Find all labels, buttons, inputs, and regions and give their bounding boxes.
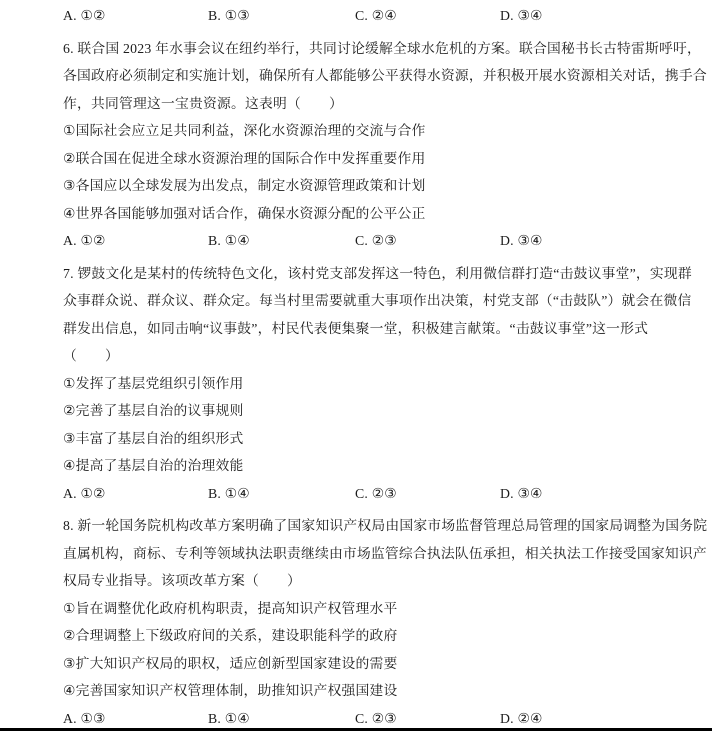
page-bottom-border-rule	[0, 728, 712, 731]
question-7-stem-line: 众事群众说、群众议、群众定。每当村里需要就重大事项作出决策，村党支部（“击鼓队”…	[63, 287, 712, 315]
question-7-stem-line: 7. 锣鼓文化是某村的传统特色文化，该村党支部发挥这一特色，利用微信群打造“击鼓…	[63, 260, 712, 288]
question-6-option-3: ③各国应以全球发展为出发点，制定水资源管理政策和计划	[63, 172, 712, 200]
answer-choice-c: C. ②③	[355, 480, 500, 508]
question-8-stem-line: 权局专业指导。该项改革方案（ ）	[63, 567, 712, 595]
question-6-option-4: ④世界各国能够加强对话合作，确保水资源分配的公平公正	[63, 200, 712, 228]
answer-choice-c: C. ②③	[355, 227, 500, 255]
question-8-stem-line: 8. 新一轮国务院机构改革方案明确了国家知识产权局由国家市场监督管理总局管理的国…	[63, 512, 712, 540]
question-7-stem-line: 群发出信息，如同击响“议事鼓”，村民代表便集聚一堂，积极建言献策。“击鼓议事堂”…	[63, 315, 712, 343]
question-7-option-1: ①发挥了基层党组织引领作用	[63, 370, 712, 398]
answer-choice-a: A. ①②	[63, 480, 208, 508]
answer-choice-d: D. ③④	[500, 227, 712, 255]
question-7-option-3: ③丰富了基层自治的组织形式	[63, 425, 712, 453]
exam-text-block: A. ①② B. ①③ C. ②④ D. ③④ 6. 联合国 2023 年水事会…	[0, 0, 712, 732]
question-6-stem-line: 各国政府必须制定和实施计划，确保所有人都能够公平获得水资源，并积极开展水资源相关…	[63, 62, 712, 90]
answer-choice-b: B. ①③	[208, 2, 355, 30]
question-8-option-4: ④完善国家知识产权管理体制，助推知识产权强国建设	[63, 677, 712, 705]
answer-row-question-6: A. ①② B. ①④ C. ②③ D. ③④	[63, 227, 712, 255]
answer-choice-c: C. ②④	[355, 2, 500, 30]
answer-choice-d: D. ③④	[500, 2, 712, 30]
answer-choice-d: D. ③④	[500, 480, 712, 508]
answer-choice-a: A. ①②	[63, 227, 208, 255]
question-7-option-4: ④提高了基层自治的治理效能	[63, 452, 712, 480]
answer-choice-a: A. ①②	[63, 2, 208, 30]
answer-row-question-7: A. ①② B. ①④ C. ②③ D. ③④	[63, 480, 712, 508]
answer-choice-b: B. ①④	[208, 480, 355, 508]
question-8-option-1: ①旨在调整优化政府机构职责，提高知识产权管理水平	[63, 595, 712, 623]
answer-choice-b: B. ①④	[208, 227, 355, 255]
question-8-option-2: ②合理调整上下级政府间的关系，建设职能科学的政府	[63, 622, 712, 650]
question-6-stem-line: 6. 联合国 2023 年水事会议在纽约举行，共同讨论缓解全球水危机的方案。联合…	[63, 35, 712, 63]
question-8-stem-line: 直属机构，商标、专利等领域执法职责继续由市场监管综合执法队伍承担，相关执法工作接…	[63, 540, 712, 568]
question-6-option-2: ②联合国在促进全球水资源治理的国际合作中发挥重要作用	[63, 145, 712, 173]
exam-document-page: A. ①② B. ①③ C. ②④ D. ③④ 6. 联合国 2023 年水事会…	[0, 0, 712, 732]
question-8-option-3: ③扩大知识产权局的职权，适应创新型国家建设的需要	[63, 650, 712, 678]
question-7-stem-line: （ ）	[63, 342, 712, 370]
question-6-option-1: ①国际社会应立足共同利益，深化水资源治理的交流与合作	[63, 117, 712, 145]
answer-row-previous-question: A. ①② B. ①③ C. ②④ D. ③④	[63, 2, 712, 30]
question-6-stem-line: 作，共同管理这一宝贵资源。这表明（ ）	[63, 90, 712, 118]
question-7-option-2: ②完善了基层自治的议事规则	[63, 397, 712, 425]
